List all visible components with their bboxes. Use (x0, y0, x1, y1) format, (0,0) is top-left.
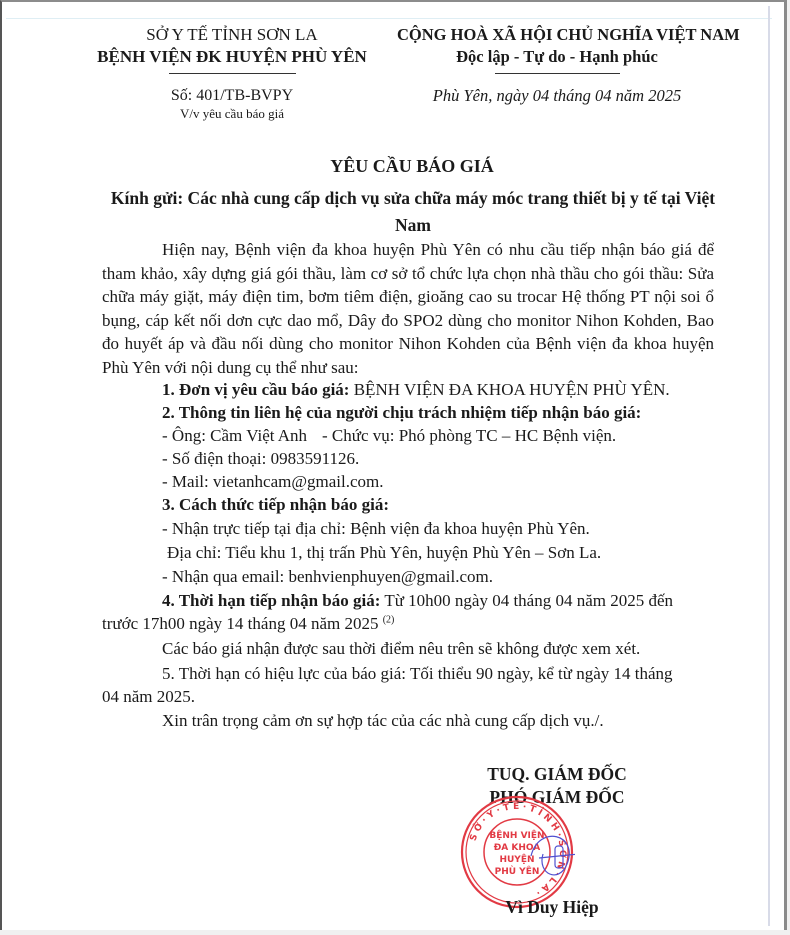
receive-address: Địa chỉ: Tiểu khu 1, thị trấn Phù Yên, h… (167, 543, 601, 563)
contact-phone: - Số điện thoại: 0983591126. (162, 449, 359, 469)
divider (169, 73, 296, 74)
document-title: YÊU CẦU BÁO GIÁ (102, 154, 722, 178)
section-1-value: BỆNH VIỆN ĐA KHOA HUYỆN PHÙ YÊN. (349, 380, 669, 399)
receive-direct: - Nhận trực tiếp tại địa chỉ: Bệnh viện … (162, 519, 590, 539)
svg-text:ĐA KHOA: ĐA KHOA (494, 843, 541, 853)
section-4-continued: trước 17h00 ngày 14 tháng 04 năm 2025 (2… (102, 614, 394, 634)
official-stamp-icon: S Ở · Y · T Ế · T Ỉ N H · S Ơ N · L A · … (459, 794, 575, 910)
document-number: Số: 401/TB-BVPY (62, 86, 402, 106)
document-page: SỞ Y TẾ TỈNH SƠN LA BỆNH VIỆN ĐK HUYỆN P… (0, 0, 787, 930)
section-5-continued: 04 năm 2025. (102, 687, 195, 707)
svg-text:BỆNH VIỆN: BỆNH VIỆN (489, 830, 544, 841)
section-2-label: 2. Thông tin liên hệ của người chịu trác… (162, 403, 641, 423)
section-1-label: 1. Đơn vị yêu cầu báo giá: (162, 380, 349, 399)
svg-text:PHÙ YÊN: PHÙ YÊN (495, 865, 540, 877)
section-4-value: Từ 10h00 ngày 04 tháng 04 năm 2025 đến (380, 591, 673, 610)
scan-artifact-line (6, 18, 772, 19)
place-date: Phù Yên, ngày 04 tháng 04 năm 2025 (397, 86, 717, 106)
receive-email: - Nhận qua email: benhvienphuyen@gmail.c… (162, 567, 493, 587)
issuer-header: SỞ Y TẾ TỈNH SƠN LA BỆNH VIỆN ĐK HUYỆN P… (62, 24, 402, 122)
country-name: CỘNG HOÀ XÃ HỘI CHỦ NGHĨA VIỆT NAM (397, 24, 717, 46)
footnote-marker: (2) (383, 614, 395, 625)
contact-mail: - Mail: vietanhcam@gmail.com. (162, 472, 383, 492)
section-4-deadline: trước 17h00 ngày 14 tháng 04 năm 2025 (102, 614, 383, 633)
signer-name: Vì Duy Hiệp (472, 897, 632, 918)
divider (495, 73, 620, 74)
section-5: 5. Thời hạn có hiệu lực của báo giá: Tối… (162, 664, 673, 684)
scan-artifact-line-vertical (768, 6, 770, 926)
section-3-label: 3. Cách thức tiếp nhận báo giá: (162, 495, 389, 515)
intro-paragraph: Hiện nay, Bệnh viện đa khoa huyện Phù Yê… (102, 238, 714, 380)
signature-authority: TUQ. GIÁM ĐỐC (442, 764, 672, 785)
addressee: Kính gửi: Các nhà cung cấp dịch vụ sửa c… (104, 185, 722, 239)
section-4-label: 4. Thời hạn tiếp nhận báo giá: (162, 591, 380, 610)
contact-person: - Ông: Cầm Việt Anh (162, 426, 307, 446)
national-motto: Độc lập - Tự do - Hạnh phúc (397, 46, 717, 68)
section-1: 1. Đơn vị yêu cầu báo giá: BỆNH VIỆN ĐA … (162, 380, 670, 400)
svg-text:HUYỆN: HUYỆN (499, 854, 534, 865)
contact-position: - Chức vụ: Phó phòng TC – HC Bệnh viện. (322, 426, 616, 446)
document-subject: V/v yêu cầu báo giá (62, 106, 402, 122)
hospital-name: BỆNH VIỆN ĐK HUYỆN PHÙ YÊN (62, 46, 402, 68)
ministry-name: SỞ Y TẾ TỈNH SƠN LA (62, 24, 402, 46)
closing-line: Xin trân trọng cảm ơn sự hợp tác của các… (162, 711, 604, 731)
national-header: CỘNG HOÀ XÃ HỘI CHỦ NGHĨA VIỆT NAM Độc l… (397, 24, 717, 106)
late-note: Các báo giá nhận được sau thời điểm nêu … (162, 639, 640, 659)
section-4: 4. Thời hạn tiếp nhận báo giá: Từ 10h00 … (162, 591, 673, 611)
